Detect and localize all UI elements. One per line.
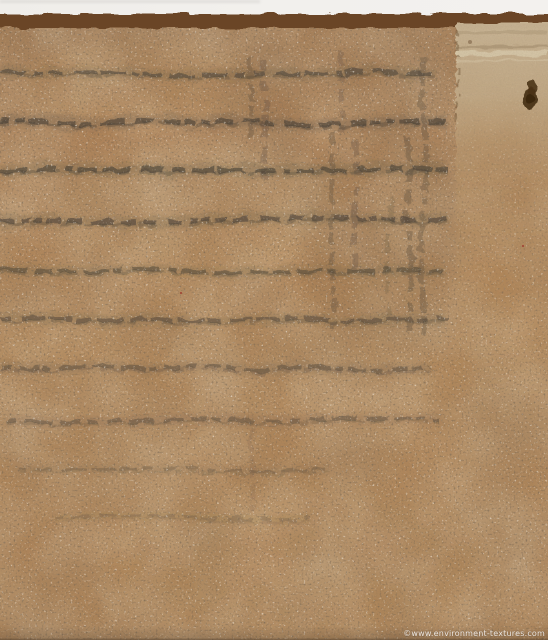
stain-core: [526, 92, 534, 104]
bottom-edge-shade: [0, 626, 548, 640]
cardboard-texture-graphic: [0, 0, 548, 640]
red-speck: [522, 245, 524, 247]
seam-mark: [455, 102, 456, 124]
top-corner-shadow: [0, 0, 260, 3]
red-speck: [180, 292, 182, 294]
cardboard-texture-photo: ©www.environment-textures.com: [0, 0, 548, 640]
peeled-paper-strip: [455, 23, 548, 403]
